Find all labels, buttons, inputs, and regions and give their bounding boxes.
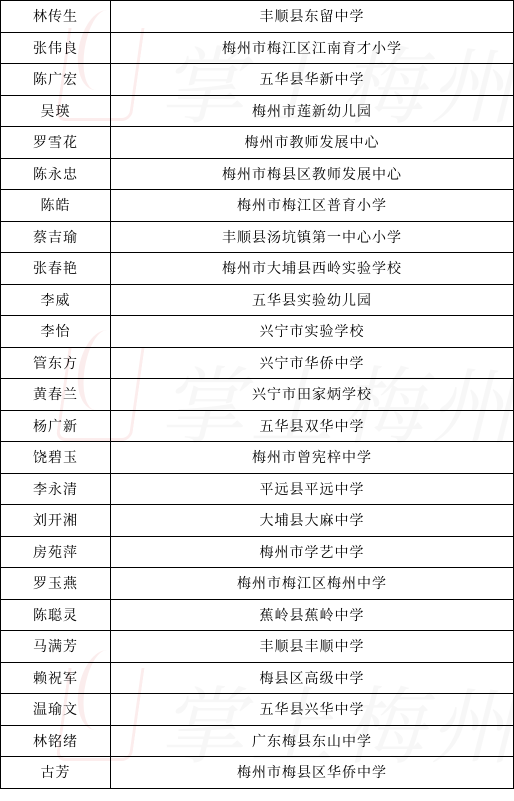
name-cell: 赖祝军 — [1, 662, 111, 694]
table-row: 房苑萍梅州市学艺中学 — [1, 536, 514, 568]
table-row: 陈永忠梅州市梅县区教师发展中心 — [1, 158, 514, 190]
table-row: 陈广宏五华县华新中学 — [1, 64, 514, 96]
school-cell: 平远县平远中学 — [111, 473, 514, 505]
name-cell: 蔡吉瑜 — [1, 221, 111, 253]
table-row: 饶碧玉梅州市曾宪梓中学 — [1, 442, 514, 474]
name-cell: 林传生 — [1, 1, 111, 33]
name-cell: 李永清 — [1, 473, 111, 505]
school-cell: 丰顺县丰顺中学 — [111, 631, 514, 663]
school-cell: 梅县区高级中学 — [111, 662, 514, 694]
name-cell: 马满芳 — [1, 631, 111, 663]
name-cell: 李威 — [1, 284, 111, 316]
table-row: 马满芳丰顺县丰顺中学 — [1, 631, 514, 663]
name-cell: 陈皓 — [1, 190, 111, 222]
name-cell: 张春艳 — [1, 253, 111, 285]
school-cell: 梅州市梅江区普育小学 — [111, 190, 514, 222]
name-cell: 张伟良 — [1, 32, 111, 64]
school-cell: 五华县华新中学 — [111, 64, 514, 96]
table-row: 黄春兰兴宁市田家炳学校 — [1, 379, 514, 411]
school-cell: 梅州市曾宪梓中学 — [111, 442, 514, 474]
table-row: 陈皓梅州市梅江区普育小学 — [1, 190, 514, 222]
school-cell: 梅州市梅江区江南育才小学 — [111, 32, 514, 64]
name-cell: 李怡 — [1, 316, 111, 348]
name-cell: 吴瑛 — [1, 95, 111, 127]
table-row: 古芳梅州市梅县区华侨中学 — [1, 757, 514, 789]
school-cell: 梅州市莲新幼儿园 — [111, 95, 514, 127]
name-cell: 罗雪花 — [1, 127, 111, 159]
name-cell: 温瑜文 — [1, 694, 111, 726]
school-cell: 梅州市梅县区教师发展中心 — [111, 158, 514, 190]
table-row: 管东方兴宁市华侨中学 — [1, 347, 514, 379]
table-row: 罗玉燕梅州市梅江区梅州中学 — [1, 568, 514, 600]
table-row: 杨广新五华县双华中学 — [1, 410, 514, 442]
school-cell: 五华县实验幼儿园 — [111, 284, 514, 316]
school-cell: 丰顺县东留中学 — [111, 1, 514, 33]
school-cell: 广东梅县东山中学 — [111, 725, 514, 757]
name-cell: 陈聪灵 — [1, 599, 111, 631]
table-row: 张春艳梅州市大埔县西岭实验学校 — [1, 253, 514, 285]
table-row: 陈聪灵蕉岭县蕉岭中学 — [1, 599, 514, 631]
name-cell: 罗玉燕 — [1, 568, 111, 600]
school-cell: 兴宁市田家炳学校 — [111, 379, 514, 411]
table-row: 林传生丰顺县东留中学 — [1, 1, 514, 33]
table-row: 刘开湘大埔县大麻中学 — [1, 505, 514, 537]
name-cell: 黄春兰 — [1, 379, 111, 411]
school-cell: 五华县兴华中学 — [111, 694, 514, 726]
table-row: 张伟良梅州市梅江区江南育才小学 — [1, 32, 514, 64]
name-list-table: 林传生丰顺县东留中学 张伟良梅州市梅江区江南育才小学 陈广宏五华县华新中学 吴瑛… — [0, 0, 514, 789]
table-row: 吴瑛梅州市莲新幼儿园 — [1, 95, 514, 127]
table-row: 赖祝军梅县区高级中学 — [1, 662, 514, 694]
name-cell: 陈广宏 — [1, 64, 111, 96]
school-cell: 蕉岭县蕉岭中学 — [111, 599, 514, 631]
table-row: 李威五华县实验幼儿园 — [1, 284, 514, 316]
school-cell: 梅州市教师发展中心 — [111, 127, 514, 159]
table-row: 李怡兴宁市实验学校 — [1, 316, 514, 348]
name-cell: 杨广新 — [1, 410, 111, 442]
name-cell: 刘开湘 — [1, 505, 111, 537]
school-cell: 丰顺县汤坑镇第一中心小学 — [111, 221, 514, 253]
table-row: 李永清平远县平远中学 — [1, 473, 514, 505]
table-row: 林铭绪广东梅县东山中学 — [1, 725, 514, 757]
table-row: 蔡吉瑜丰顺县汤坑镇第一中心小学 — [1, 221, 514, 253]
table-row: 罗雪花梅州市教师发展中心 — [1, 127, 514, 159]
school-cell: 兴宁市华侨中学 — [111, 347, 514, 379]
name-cell: 林铭绪 — [1, 725, 111, 757]
name-cell: 古芳 — [1, 757, 111, 789]
school-cell: 兴宁市实验学校 — [111, 316, 514, 348]
school-cell: 梅州市大埔县西岭实验学校 — [111, 253, 514, 285]
school-cell: 五华县双华中学 — [111, 410, 514, 442]
school-cell: 大埔县大麻中学 — [111, 505, 514, 537]
school-cell: 梅州市梅江区梅州中学 — [111, 568, 514, 600]
name-cell: 管东方 — [1, 347, 111, 379]
name-cell: 陈永忠 — [1, 158, 111, 190]
school-cell: 梅州市梅县区华侨中学 — [111, 757, 514, 789]
name-cell: 房苑萍 — [1, 536, 111, 568]
school-cell: 梅州市学艺中学 — [111, 536, 514, 568]
table-row: 温瑜文五华县兴华中学 — [1, 694, 514, 726]
name-cell: 饶碧玉 — [1, 442, 111, 474]
